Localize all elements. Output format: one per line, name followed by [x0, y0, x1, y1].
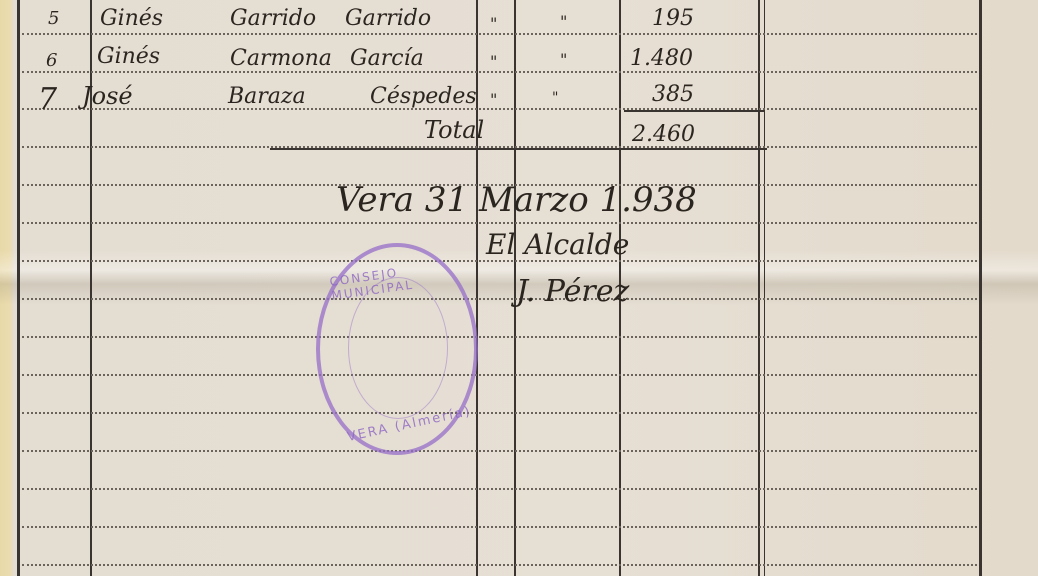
ditto-mark: " [552, 90, 558, 106]
signature: J. Pérez [516, 274, 629, 309]
ditto-mark: " [490, 14, 497, 33]
row-number: 5 [48, 8, 59, 29]
amount: 385 [652, 82, 694, 107]
ledger-page: 5 Ginés Garrido Garrido " " 195 6 Ginés … [0, 0, 1038, 576]
ditto-mark: " [490, 52, 497, 71]
ditto-mark: " [560, 12, 567, 31]
column-rule [979, 0, 982, 576]
total-rule [270, 148, 767, 150]
subtotal-rule [624, 110, 764, 112]
first-name: Ginés [97, 44, 160, 69]
total-label: Total [424, 116, 484, 144]
first-name: Ginés [100, 6, 163, 31]
municipal-seal-stamp: CONSEJO MUNICIPAL VERA (Almería) [316, 243, 478, 455]
total-amount: 2.460 [632, 122, 695, 147]
amount: 1.480 [630, 46, 693, 71]
surname-1: Baraza [228, 84, 306, 109]
row-line [22, 33, 977, 35]
surname-2: García [350, 46, 424, 71]
row-line [22, 222, 977, 224]
official-title: El Alcalde [486, 228, 629, 261]
surname-1: Carmona [230, 46, 332, 71]
ditto-mark: " [490, 90, 497, 109]
row-line [22, 108, 977, 110]
row-line [22, 450, 977, 452]
row-line [22, 374, 977, 376]
place-date: Vera 31 Marzo 1.938 [336, 180, 697, 220]
row-line [22, 336, 977, 338]
row-line [22, 412, 977, 414]
amount: 195 [652, 6, 694, 31]
column-rule [17, 0, 20, 576]
row-number: 7 [38, 82, 57, 117]
surname-1: Garrido [230, 6, 316, 31]
row-line [22, 488, 977, 490]
surname-2: Garrido [345, 6, 431, 31]
row-line [22, 564, 977, 566]
first-name: José [82, 82, 133, 110]
surname-2: Céspedes [370, 84, 477, 109]
row-line [22, 298, 977, 300]
ditto-mark: " [560, 50, 567, 69]
row-line [22, 71, 977, 73]
row-line [22, 526, 977, 528]
row-number: 6 [46, 50, 57, 71]
